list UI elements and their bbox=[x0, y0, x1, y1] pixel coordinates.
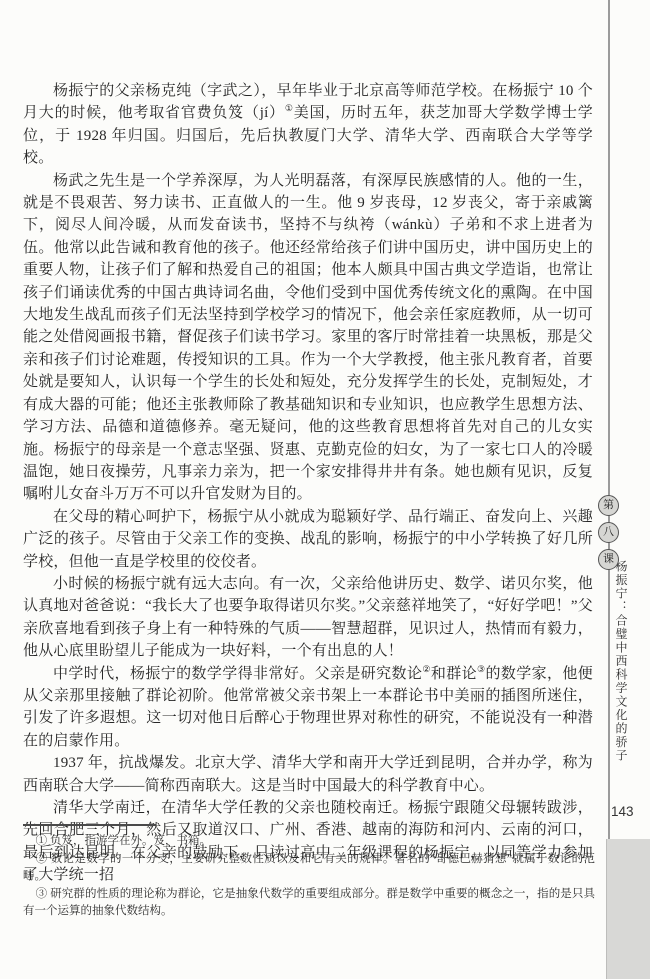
footnote-ref: ③ bbox=[477, 664, 485, 674]
footnote-section: ① 负笈，指游学在外。笈，书箱。② 数论是数学的一个分支，主要研究整数性质以及和… bbox=[23, 824, 595, 921]
footnote: ② 数论是数学的一个分支，主要研究整数性质以及和它有关的规律。著名的“哥德巴赫猜… bbox=[23, 851, 595, 886]
paragraph: 1937 年，抗战爆发。北京大学、清华大学和南开大学迁到昆明，合并办学，称为西南… bbox=[23, 752, 593, 797]
page-number: 143 bbox=[611, 804, 634, 819]
sidebar-divider-line bbox=[608, 0, 610, 839]
lesson-badge: 第八课 bbox=[598, 495, 619, 570]
footnote-divider bbox=[23, 824, 156, 826]
footnote: ① 负笈，指游学在外。笈，书箱。 bbox=[23, 833, 595, 851]
paragraph: 杨振宁的父亲杨克纯（字武之），早年毕业于北京高等师范学校。在杨振宁 10 个月大… bbox=[23, 80, 593, 170]
lesson-title-vertical: 杨振宁：合璧中西科学文化的骄子 bbox=[613, 560, 630, 763]
paragraph: 杨武之先生是一个学养深厚，为人光明磊落，有深厚民族感情的人。他的一生，就是不畏艰… bbox=[23, 170, 593, 506]
paragraph: 小时候的杨振宁就有远大志向。有一次，父亲给他讲历史、数学、诺贝尔奖，他认真地对爸… bbox=[23, 573, 593, 663]
body-paragraphs: 杨振宁的父亲杨克纯（字武之），早年毕业于北京高等师范学校。在杨振宁 10 个月大… bbox=[23, 80, 593, 887]
lesson-badge-char: 八 bbox=[598, 522, 619, 543]
lesson-badge-char: 课 bbox=[598, 549, 619, 570]
page-edge-tab bbox=[606, 839, 650, 979]
footnote-ref: ① bbox=[285, 103, 294, 113]
footnote-list: ① 负笈，指游学在外。笈，书箱。② 数论是数学的一个分支，主要研究整数性质以及和… bbox=[23, 833, 595, 921]
paragraph: 在父母的精心呵护下，杨振宁从小就成为聪颖好学、品行端正、奋发向上、兴趣广泛的孩子… bbox=[23, 506, 593, 573]
paragraph: 中学时代，杨振宁的数学学得非常好。父亲是研究数论②和群论③的数学家，他便从父亲那… bbox=[23, 663, 593, 753]
footnote-ref: ② bbox=[422, 664, 430, 674]
textbook-page: 杨振宁的父亲杨克纯（字武之），早年毕业于北京高等师范学校。在杨振宁 10 个月大… bbox=[0, 0, 650, 979]
footnote: ③ 研究群的性质的理论称为群论，它是抽象代数学的重要组成部分。群是数学中重要的概… bbox=[23, 886, 595, 921]
lesson-badge-char: 第 bbox=[598, 495, 619, 516]
